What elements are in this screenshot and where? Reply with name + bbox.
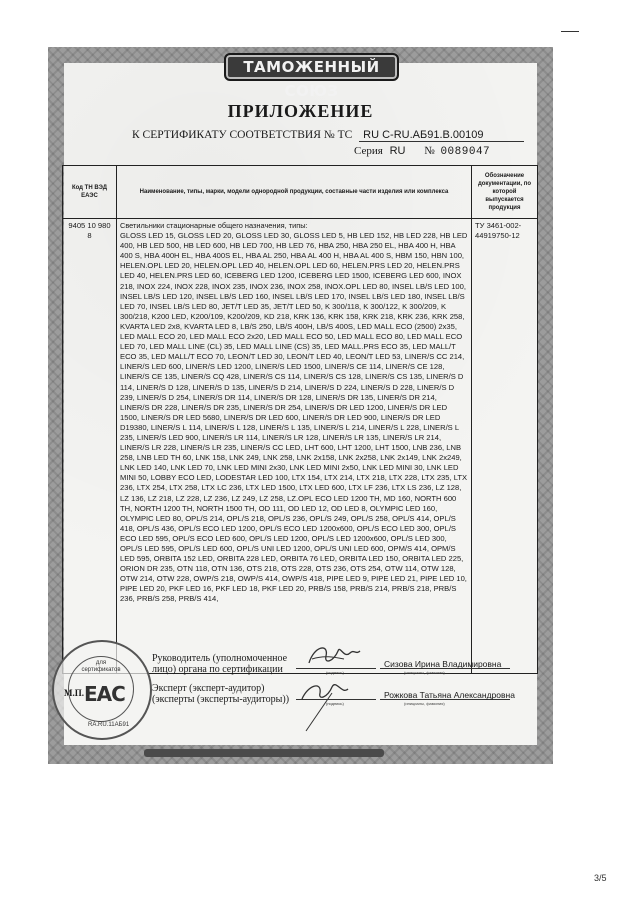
customs-union-banner: ТАМОЖЕННЫЙ СОЮЗ: [224, 53, 399, 81]
certificate-body: ТАМОЖЕННЫЙ СОЮЗ ПРИЛОЖЕНИЕ К СЕРТИФИКАТУ…: [64, 63, 537, 745]
certificate-annex-page: ТАМОЖЕННЫЙ СОЮЗ ПРИЛОЖЕНИЕ К СЕРТИФИКАТУ…: [48, 47, 553, 764]
series-value: RU: [390, 145, 406, 157]
head-name-caption: (инициалы, фамилия): [404, 670, 445, 675]
header-hs-code: Код ТН ВЭД ЕАЭС: [63, 166, 117, 219]
table-row: 9405 10 980 8 Светильники стационарные о…: [63, 219, 538, 674]
stamp-mp-label: М.П.: [64, 688, 84, 698]
head-signatory-label: Руководитель (уполномоченное лицо) орган…: [152, 653, 287, 675]
expert-signatory-label: Эксперт (эксперт-аудитор) (эксперты (экс…: [152, 683, 289, 705]
series-line: Серия RU № 0089047: [354, 145, 490, 158]
table-header-row: Код ТН ВЭД ЕАЭС Наименование, типы, марк…: [63, 166, 538, 219]
products-table: Код ТН ВЭД ЕАЭС Наименование, типы, марк…: [62, 165, 538, 674]
header-documentation: Обозначение документации, по которой вып…: [472, 166, 538, 219]
head-label-line1: Руководитель (уполномоченное: [152, 653, 287, 664]
head-label-line2: лицо) органа по сертификации: [152, 664, 287, 675]
page-indicator: 3/5: [594, 873, 607, 883]
head-signature-icon: [304, 641, 364, 671]
product-models-list: GLOSS LED 15, GLOSS LED 20, GLOSS LED 30…: [120, 231, 468, 604]
certificate-reference: К СЕРТИФИКАТУ СООТВЕТСТВИЯ № ТС RU C-RU.…: [132, 129, 524, 142]
documentation-cell: ТУ 3461-002-44919750-12: [472, 219, 538, 674]
certification-stamp: для сертификатов М.П. EAC RA.RU.11АБ91: [52, 640, 152, 740]
number-label: №: [424, 145, 435, 157]
printer-imprint-strip: [144, 749, 384, 757]
certificate-number: RU C-RU.АБ91.В.00109: [359, 129, 523, 142]
product-intro: Светильники стационарные общего назначен…: [120, 221, 468, 231]
stamp-accreditation: RA.RU.11АБ91: [88, 722, 129, 728]
tc-label: № ТС: [324, 129, 353, 141]
expert-label-line1: Эксперт (эксперт-аудитор): [152, 683, 289, 694]
expert-signature-icon: [292, 673, 362, 733]
stamp-text: для сертификатов: [80, 660, 122, 674]
head-signatory-name: Сизова Ирина Владимировна: [384, 659, 501, 669]
expert-name-caption: (инициалы, фамилия): [404, 701, 445, 706]
expert-label-line2: (эксперты (эксперты-аудиторы)): [152, 694, 289, 705]
scan-mark-line: [561, 31, 579, 32]
subtitle-text: К СЕРТИФИКАТУ СООТВЕТСТВИЯ: [132, 129, 321, 141]
document-title: ПРИЛОЖЕНИЕ: [64, 101, 537, 122]
hs-code-cell: 9405 10 980 8: [63, 219, 117, 674]
eac-mark-icon: EAC: [84, 682, 125, 706]
product-models-cell: Светильники стационарные общего назначен…: [117, 219, 472, 674]
header-product-name: Наименование, типы, марки, модели одноро…: [117, 166, 472, 219]
expert-signatory-name: Рожкова Татьяна Александровна: [384, 690, 515, 700]
series-label: Серия: [354, 145, 383, 157]
serial-number: 0089047: [440, 146, 490, 158]
